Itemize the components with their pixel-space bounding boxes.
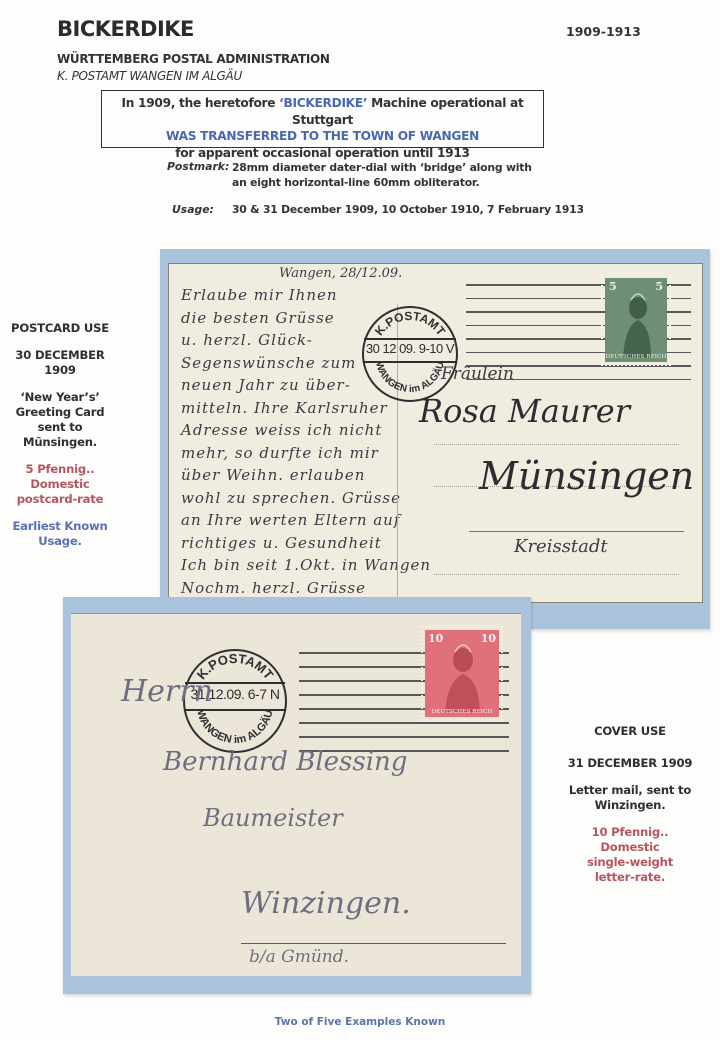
address-line-3 — [469, 531, 684, 532]
postcard-note-2: Usage. — [38, 534, 82, 548]
postcard-notes-date: 30 DECEMBER1909 — [0, 348, 120, 378]
postcard-rate-3: postcard-rate — [17, 492, 104, 506]
obliterator-line — [299, 722, 509, 724]
message-line: die besten Grüsse — [181, 309, 335, 327]
summary-line-1: In 1909, the heretofore ‘BICKERDIKE’ Mac… — [102, 95, 543, 128]
examples-known-note: Two of Five Examples Known — [0, 1016, 720, 1028]
address-line-1 — [434, 444, 679, 445]
postcard-desc-2: Greeting Card — [16, 405, 105, 419]
cover-address-underline — [241, 943, 506, 944]
postcard-notes-heading: POSTCARD USE — [0, 321, 120, 336]
message-line: Nochm. herzl. Grüsse — [181, 579, 366, 597]
cover-notes: COVER USE 31 DECEMBER 1909 Letter mail, … — [540, 724, 720, 897]
message-line: über Weihn. erlauben — [181, 466, 365, 484]
cover-city: Winzingen. — [241, 886, 411, 921]
postal-administration: WÜRTTEMBERG POSTAL ADMINISTRATION — [57, 52, 330, 66]
cover-notes-rate: 10 Pfennig..Domesticsingle-weightletter-… — [540, 825, 720, 885]
summary-line-1-prefix: In 1909, the heretofore — [122, 96, 280, 110]
postcard-notes: POSTCARD USE 30 DECEMBER1909 ‘New Year’s… — [0, 321, 120, 561]
postcard-date-line-1: 30 DECEMBER — [15, 348, 104, 362]
obliterator-line — [299, 736, 509, 738]
stamp-country: DEUTSCHES REICH — [605, 354, 667, 360]
postcard: Wangen, 28/12.09. Erlaube mir Ihnendie b… — [168, 263, 703, 603]
cover-notes-description: Letter mail, sent toWinzingen. — [540, 783, 720, 813]
cover-rate-4: letter-rate. — [595, 870, 665, 884]
postcard-city: Münsingen — [479, 454, 694, 498]
message-line: u. herzl. Glück- — [181, 331, 313, 349]
postcard-recipient: Rosa Maurer — [419, 392, 630, 430]
cover-title: Baumeister — [203, 804, 343, 832]
cover-sub-address: b/a Gmünd. — [249, 947, 349, 967]
postcard-postmark-date: 30 12 09. 9-10 V — [364, 341, 456, 356]
cover-envelope: K.POSTAMT WANGEN im ALGÄU 31.12.09. 6-7 … — [71, 613, 521, 976]
postcard-notes-earliest: Earliest KnownUsage. — [0, 519, 120, 549]
address-line-4 — [434, 574, 679, 575]
year-range: 1909-1913 — [566, 24, 641, 39]
postmark-bridge-bottom — [185, 709, 285, 711]
postmark-label: Postmark: — [167, 160, 229, 173]
cover-rate-2: Domestic — [600, 840, 659, 854]
summary-highlight: ‘BICKERDIKE’ — [279, 96, 367, 110]
cover-stamp: 10 10 DEUTSCHES REICH — [421, 626, 503, 721]
message-line: wohl zu sprechen. Grüsse — [181, 489, 401, 507]
postmark-bridge-bottom — [364, 361, 456, 363]
postcard-notes-rate: 5 Pfennig..Domesticpostcard-rate — [0, 462, 120, 507]
message-line: Ich bin seit 1.Okt. in Wangen — [181, 556, 431, 574]
postcard-postmark: K.POSTAMT WANGEN im ALGÄU 30 12 09. 9-10… — [362, 306, 458, 402]
postcard-dateline: Wangen, 28/12.09. — [279, 266, 402, 281]
germania-icon — [425, 630, 499, 717]
svg-text:K.POSTAMT: K.POSTAMT — [372, 309, 448, 339]
cover-rate-3: single-weight — [587, 855, 673, 869]
cover-desc-2: Winzingen. — [595, 798, 666, 812]
cover-salutation: Herrn — [121, 674, 213, 709]
postcard-notes-description: ‘New Year’s’Greeting Cardsent toMũnsinge… — [0, 390, 120, 450]
post-office-name: K. POSTAMT WANGEN IM ALGÄU — [57, 69, 242, 83]
cover-recipient: Bernhard Blessing — [163, 747, 407, 777]
postcard-date-line-2: 1909 — [44, 363, 75, 377]
message-line: neuen Jahr zu über- — [181, 376, 351, 394]
cover-rate-1: 10 Pfennig.. — [592, 825, 669, 839]
cover-desc-1: Letter mail, sent to — [569, 783, 691, 797]
stamp-face: 10 10 DEUTSCHES REICH — [425, 630, 499, 717]
svg-text:WANGEN im ALGÄU: WANGEN im ALGÄU — [373, 360, 447, 395]
stamp-country: DEUTSCHES REICH — [425, 709, 499, 715]
message-line: an Ihre werten Eltern auf — [181, 511, 400, 529]
postcard-note-1: Earliest Known — [12, 519, 107, 533]
postcard-desc-3: sent to — [38, 420, 83, 434]
svg-text:WANGEN im ALGÄU: WANGEN im ALGÄU — [194, 708, 275, 746]
postcard-salutation: Fräulein — [441, 364, 514, 384]
usage-label: Usage: — [172, 203, 214, 216]
postcard-desc-4: Mũnsingen. — [23, 435, 97, 449]
postcard-district: Kreisstadt — [514, 536, 608, 557]
message-line: mehr, so durfte ich mir — [181, 444, 379, 462]
postmark-bridge-top — [364, 338, 456, 340]
summary-box: In 1909, the heretofore ‘BICKERDIKE’ Mac… — [101, 90, 544, 148]
summary-line-2: WAS TRANSFERRED TO THE TOWN OF WANGEN — [102, 128, 543, 145]
cover-notes-date: 31 DECEMBER 1909 — [540, 756, 720, 771]
germania-icon — [605, 278, 667, 362]
message-line: mitteln. Ihre Karlsruher — [181, 399, 388, 417]
postcard-desc-1: ‘New Year’s’ — [20, 390, 99, 404]
postcard-stamp: 5 5 DEUTSCHES REICH — [601, 274, 671, 366]
usage-dates: 30 & 31 December 1909, 10 October 1910, … — [232, 203, 584, 216]
cover-notes-heading: COVER USE — [540, 724, 720, 739]
postmark-description-line-2: an eight horizontal-line 60mm obliterato… — [232, 175, 532, 190]
page-title: BICKERDIKE — [57, 17, 194, 41]
summary-line-3: for apparent occasional operation until … — [102, 145, 543, 162]
postmark-description: 28mm diameter dater-dial with ‘bridge’ a… — [232, 160, 532, 190]
message-line: Erlaube mir Ihnen — [181, 286, 338, 304]
stamp-face: 5 5 DEUTSCHES REICH — [605, 278, 667, 362]
postcard-rate-2: Domestic — [30, 477, 89, 491]
postmark-description-line-1: 28mm diameter dater-dial with ‘bridge’ a… — [232, 160, 532, 175]
postcard-rate-1: 5 Pfennig.. — [26, 462, 95, 476]
message-line: Segenswünsche zum — [181, 354, 356, 372]
message-line: Adresse weiss ich nicht — [181, 421, 382, 439]
message-line: richtiges u. Gesundheit — [181, 534, 382, 552]
